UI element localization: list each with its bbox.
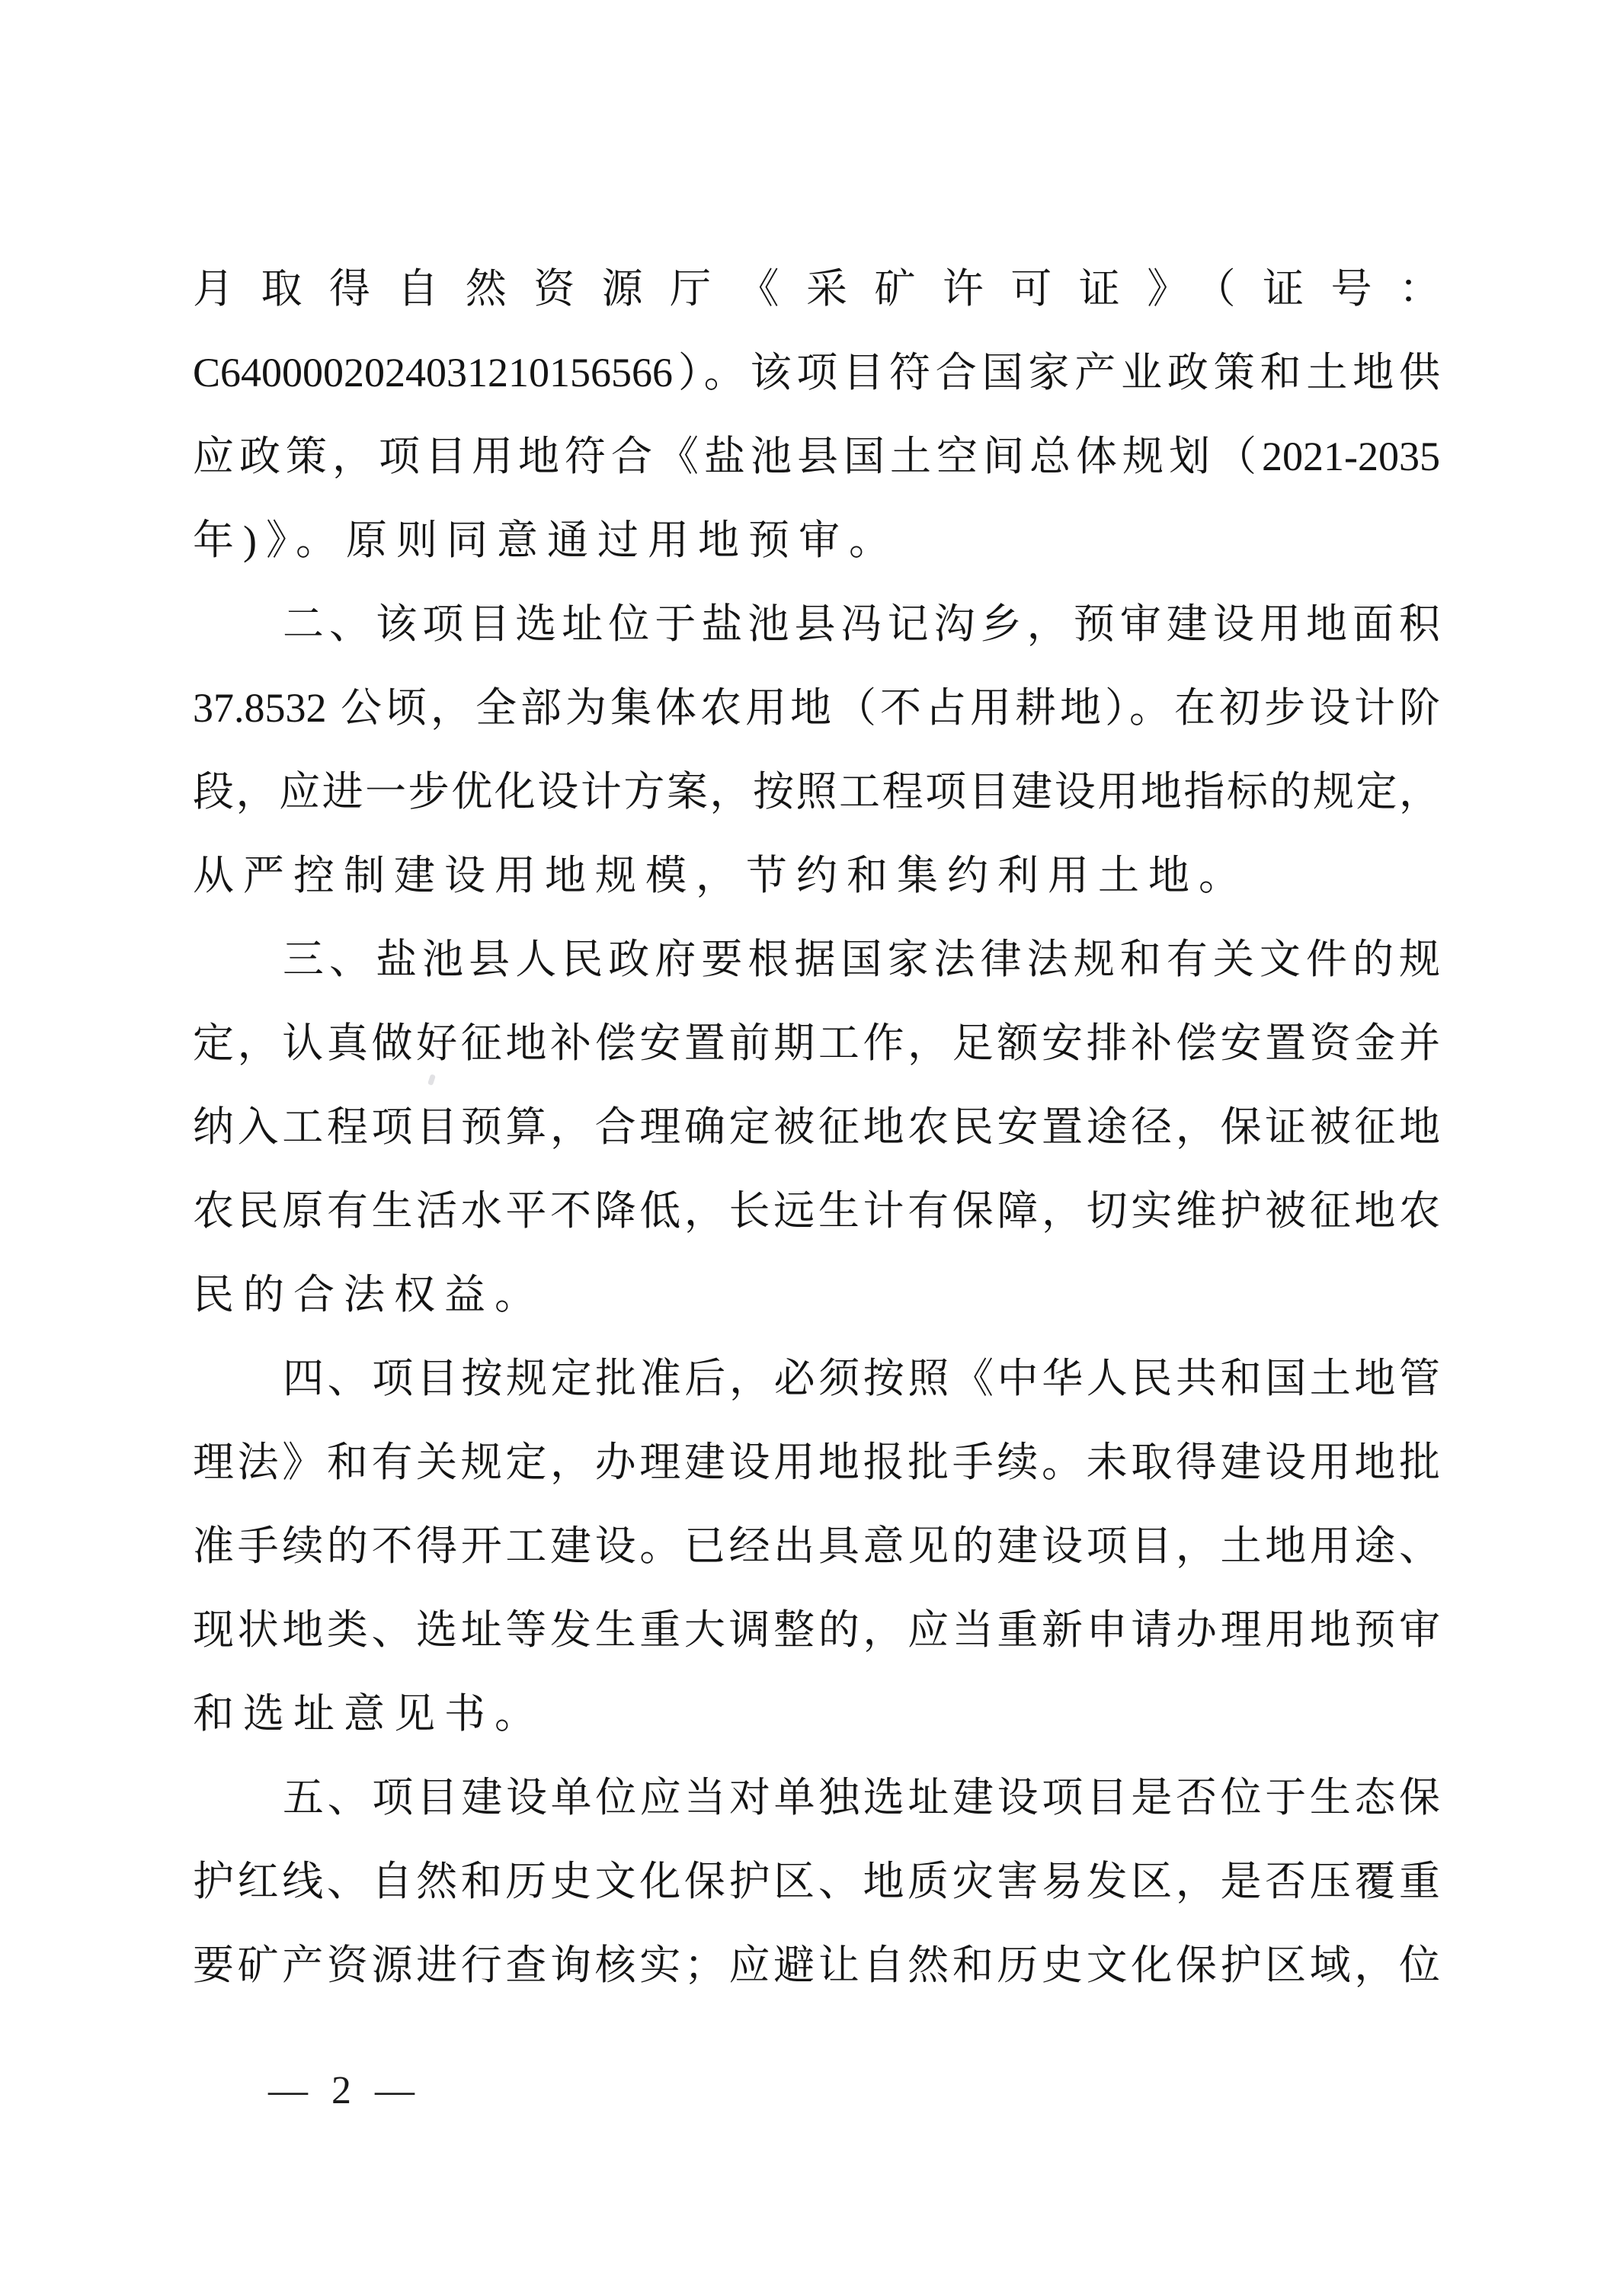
text-line: 从严控制建设用地规模，节约和集约利用土地。 — [193, 834, 1440, 917]
text-line: 农民原有生活水平不降低，长远生计有保障，切实维护被征地农 — [193, 1169, 1440, 1253]
text-line: 应政策，项目用地符合《盐池县国土空间总体规划（2021-2035 — [193, 415, 1440, 498]
text-line: 准手续的不得开工建设。已经出具意见的建设项目，土地用途、 — [193, 1504, 1440, 1588]
text-line: 二、该项目选址位于盐池县冯记沟乡，预审建设用地面积 — [193, 582, 1440, 666]
document-body: 月取得自然资源厅《采矿许可证》（证号： C6400002024031210156… — [193, 247, 1440, 2007]
text-line: 四、项目按规定批准后，必须按照《中华人民共和国土地管 — [193, 1337, 1440, 1420]
text-line: 五、项目建设单位应当对单独选址建设项目是否位于生态保 — [193, 1756, 1440, 1840]
text-line: 三、盐池县人民政府要根据国家法律法规和有关文件的规 — [193, 917, 1440, 1001]
text-line: 民的合法权益。 — [193, 1253, 1440, 1337]
text-line: 段，应进一步优化设计方案，按照工程项目建设用地指标的规定， — [193, 750, 1440, 834]
text-line: 定，认真做好征地补偿安置前期工作，足额安排补偿安置资金并 — [193, 1001, 1440, 1085]
text-line: C6400002024031210156566）。该项目符合国家产业政策和土地供 — [193, 331, 1440, 415]
text-line: 和选址意见书。 — [193, 1672, 1440, 1756]
text-line: 要矿产资源进行查询核实；应避让自然和历史文化保护区域，位 — [193, 1923, 1440, 2007]
text-line: 纳入工程项目预算，合理确定被征地农民安置途径，保证被征地 — [193, 1085, 1440, 1169]
text-line: 月取得自然资源厅《采矿许可证》（证号： — [193, 247, 1440, 331]
text-line: 现状地类、选址等发生重大调整的，应当重新申请办理用地预审 — [193, 1588, 1440, 1672]
text-line: 护红线、自然和历史文化保护区、地质灾害易发区，是否压覆重 — [193, 1840, 1440, 1923]
text-line: 37.8532 公顷，全部为集体农用地（不占用耕地）。在初步设计阶 — [193, 666, 1440, 750]
text-line: 年)》。原则同意通过用地预审。 — [193, 498, 1440, 582]
page-number: — 2 — — [268, 2067, 418, 2115]
document-page: 月取得自然资源厅《采矿许可证》（证号： C6400002024031210156… — [0, 0, 1623, 2296]
text-line: 理法》和有关规定，办理建设用地报批手续。未取得建设用地批 — [193, 1420, 1440, 1504]
